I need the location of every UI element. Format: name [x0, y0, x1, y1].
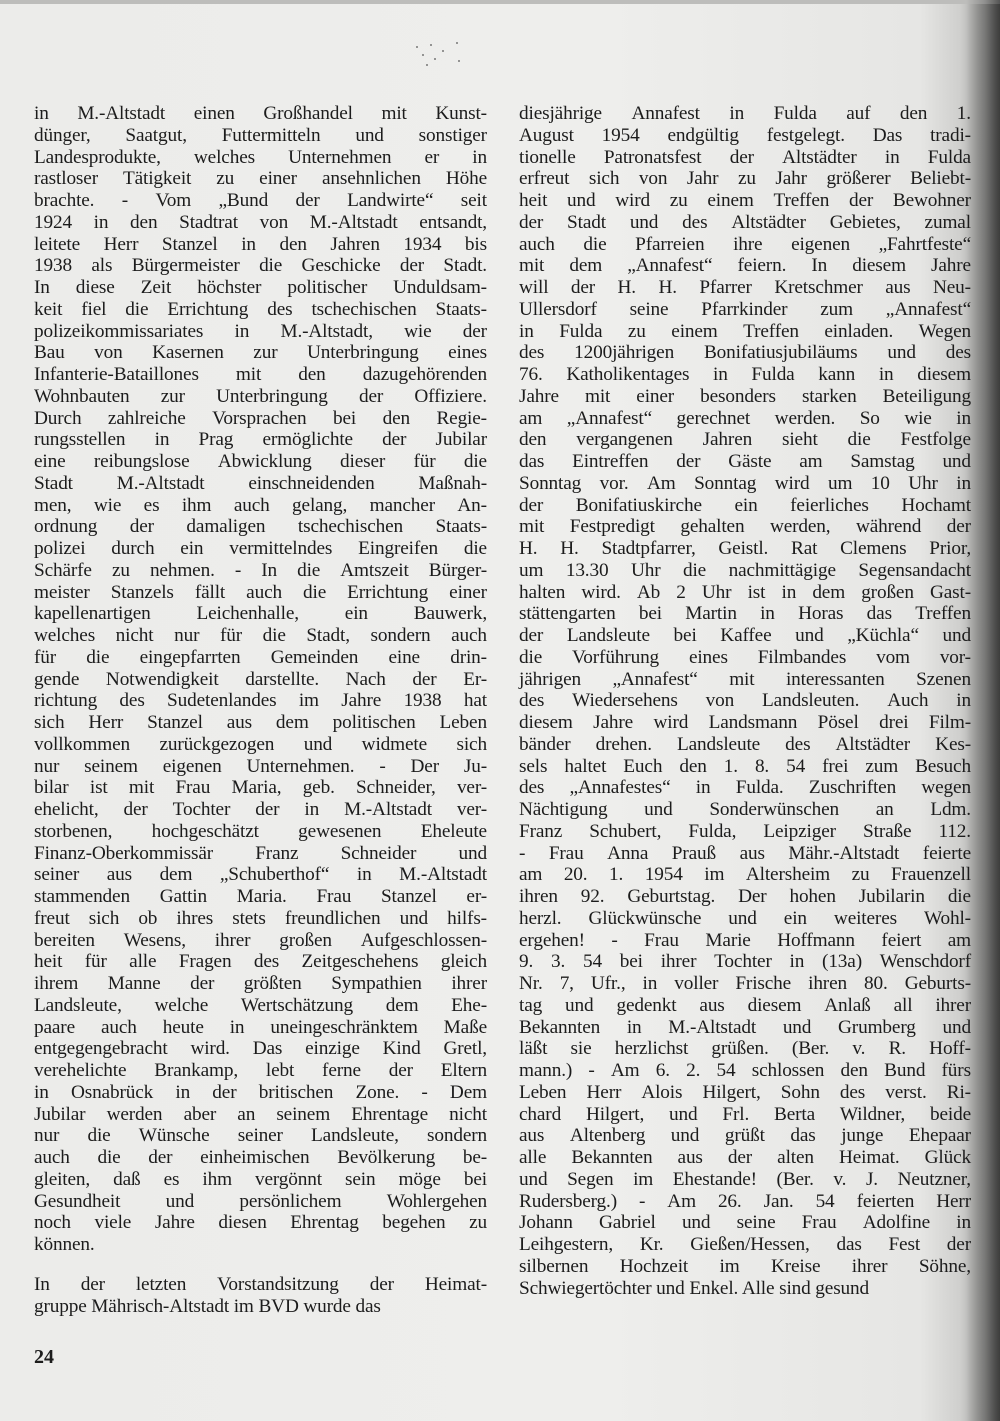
text-line: August1954endgültigfestgelegt.Dastradi- — [519, 125, 971, 147]
text-line: bänderdrehen.LandsleutedesAltstädterKes- — [519, 734, 971, 756]
page-number: 24 — [34, 1346, 54, 1369]
text-line: NächtigungundSonderwünschenanLdm. — [519, 799, 971, 821]
text-line: jährigen„Annafest“mitinteressantenSzenen — [519, 669, 971, 691]
text-line: denvergangenenJahrensiehtdieFestfolge — [519, 429, 971, 451]
text-line: ihren92.Geburtstag.DerhohenJubilarindie — [519, 886, 971, 908]
text-line: desWiedersehensvonLandsleuten.Auchin — [519, 690, 971, 712]
text-line: 1924indenStadtratvonM.-Altstadtentsandt, — [34, 212, 487, 234]
text-line: dasEintreffenderGästeamSamstagund — [519, 451, 971, 473]
text-line: LebenHerrAloisHilgert,Sohndesverst.Ri- — [519, 1082, 971, 1104]
paragraph-gap — [34, 1256, 487, 1274]
paragraph: diesjährigeAnnafestinFuldaaufden1.August… — [519, 103, 971, 1299]
text-line: 1938alsBürgermeisterdieGeschickederStadt… — [34, 255, 487, 277]
text-line: JohannGabrielundseineFrauAdolfinein — [519, 1212, 971, 1234]
text-line: JubilarwerdenaberanseinemEhrentagenicht — [34, 1104, 487, 1126]
text-line: Sonntagvor.AmSonntagwirdum10Uhrin — [519, 473, 971, 495]
text-line: Leihgestern,Kr.Gießen/Hessen,dasFestder — [519, 1234, 971, 1256]
text-line: DurchzahlreicheVorsprachenbeidenRegie- — [34, 408, 487, 430]
text-line: leiteteHerrStanzelindenJahren1934bis — [34, 234, 487, 256]
text-line: ergehen!-FrauMarieHoffmannfeiertam — [519, 930, 971, 952]
text-line: herzl.GlückwünscheundeinweiteresWohl- — [519, 908, 971, 930]
text-line: auchdiedereinheimischenBevölkerungbe- — [34, 1147, 487, 1169]
text-line: BekannteninM.-AltstadtundGrumbergund — [519, 1017, 971, 1039]
right-text-column: diesjährigeAnnafestinFuldaaufden1.August… — [519, 103, 971, 1299]
text-line: H.H.Stadtpfarrer,Geistl.RatClemensPrior, — [519, 538, 971, 560]
text-line: mann.)-Am6.2.54schlossendenBundfürs — [519, 1060, 971, 1082]
text-line: ihremMannedergrößtenSympathienihrer — [34, 973, 487, 995]
text-line: ausAltenbergundgrüßtdasjungeEhepaar — [519, 1125, 971, 1147]
text-line: dieVorführungeinesFilmbandesvomvor- — [519, 647, 971, 669]
text-line: -FrauAnnaPraußausMähr.-Altstadtfeierte — [519, 843, 971, 865]
text-line: willderH.H.PfarrerKretschmerausNeu- — [519, 277, 971, 299]
text-line: Schwiegertöchter und Enkel. Alle sind ge… — [519, 1278, 971, 1300]
text-line: derLandsleutebeiKaffeeund„Küchla“und — [519, 625, 971, 647]
text-line: alleBekanntenausderaltenHeimat.Glück — [519, 1147, 971, 1169]
text-line: gruppe Mährisch-Altstadt im BVD wurde da… — [34, 1296, 487, 1318]
text-line: Nr.7,Ufr.,invollerFrischeihren80.Geburts… — [519, 973, 971, 995]
text-line: Rudersberg.)-Am26.Jan.54feiertenHerr — [519, 1191, 971, 1213]
text-line: inFuldazueinemTreffeneinladen.Wegen — [519, 321, 971, 343]
binding-shadow — [966, 0, 1000, 1421]
paragraph: InderletztenVorstandsitzungderHeimat-gru… — [34, 1274, 487, 1318]
text-line: storbenen,hochgeschätztgewesenenEheleute — [34, 821, 487, 843]
text-line: men,wieesihmauchgelang,mancherAn- — [34, 495, 487, 517]
text-line: tionellePatronatsfestderAltstädterinFuld… — [519, 147, 971, 169]
text-line: paareauchheuteinuneingeschränktemMaße — [34, 1017, 487, 1039]
text-line: tagundgedenktausdiesemAnlaßallihrer — [519, 995, 971, 1017]
text-line: JahremiteinerbesondersstarkenBeteiligung — [519, 386, 971, 408]
text-line: auchdiePfarreienihreeigenen„Fahrtfeste“ — [519, 234, 971, 256]
text-line: keitfieldieErrichtungdestschechischenSta… — [34, 299, 487, 321]
text-line: haltenwird.Ab2UhristindemgroßenGast- — [519, 582, 971, 604]
text-line: diesemJahrewirdLandsmannPöseldreiFilm- — [519, 712, 971, 734]
paragraph: inM.-AltstadteinenGroßhandelmitKunst-dün… — [34, 103, 487, 1256]
text-line: WohnbautenzurUnterbringungderOffiziere. — [34, 386, 487, 408]
text-line: BauvonKasernenzurUnterbringungeines — [34, 342, 487, 364]
text-line: sichHerrStanzelausdempolitischenLeben — [34, 712, 487, 734]
text-line: können. — [34, 1234, 487, 1256]
text-line: am20.1.1954imAltersheimzuFrauenzell — [519, 864, 971, 886]
text-line: des„Annafestes“inFulda.Zuschriftenwegen — [519, 777, 971, 799]
text-line: heitfüralleFragendesZeitgeschehensgleich — [34, 951, 487, 973]
text-line: inOsnabrückinderbritischenZone.-Dem — [34, 1082, 487, 1104]
text-line: ehelicht,derTochterderinM.-Altstadtver- — [34, 799, 487, 821]
text-line: Landesprodukte,welchesUnternehmenerin — [34, 147, 487, 169]
text-line: rungsstelleninPragermöglichtederJubilar — [34, 429, 487, 451]
ink-specks — [412, 40, 472, 75]
text-line: Finanz-OberkommissärFranzSchneiderund — [34, 843, 487, 865]
text-line: gleiten,daßesihmvergönntseinmögebei — [34, 1169, 487, 1191]
text-line: 76.KatholikentagesinFuldakannindiesem — [519, 364, 971, 386]
text-line: verehelichteBrankamp,lebtfernederEltern — [34, 1060, 487, 1082]
text-line: erfreutsichvonJahrzuJahrgrößererBeliebt- — [519, 168, 971, 190]
text-line: StadtM.-AltstadteinschneidendenMaßnah- — [34, 473, 487, 495]
text-line: InderletztenVorstandsitzungderHeimat- — [34, 1274, 487, 1296]
text-line: heitundwirdzueinemTreffenderBewohner — [519, 190, 971, 212]
text-line: nurseinemeigenenUnternehmen.-DerJu- — [34, 756, 487, 778]
text-line: nochvieleJahrediesenEhrentagbegehenzu — [34, 1212, 487, 1234]
text-line: chardHilgert,undFrl.BertaWildner,beide — [519, 1104, 971, 1126]
text-line: bereitenWesens,ihrergroßenAufgeschlossen… — [34, 930, 487, 952]
text-line: polizeidurcheinvermittelndesEingreifendi… — [34, 538, 487, 560]
text-line: GesundheitundpersönlichemWohlergehen — [34, 1191, 487, 1213]
text-line: freutsichobihresstetsfreundlichenundhilf… — [34, 908, 487, 930]
text-line: Infanterie-Bataillonesmitdendazugehörend… — [34, 364, 487, 386]
text-line: entgegengebrachtwird.DaseinzigeKindGretl… — [34, 1038, 487, 1060]
text-line: des1200jährigenBonifatiusjubiläumsunddes — [519, 342, 971, 364]
text-line: um13.30UhrdienachmittägigeSegensandacht — [519, 560, 971, 582]
text-line: selshaltetEuchden1.8.54freizumBesuch — [519, 756, 971, 778]
text-line: silbernenHochzeitimKreiseihrerSöhne, — [519, 1256, 971, 1278]
text-line: derBonifatiuskircheeinfeierlichesHochamt — [519, 495, 971, 517]
text-line: einereibungsloseAbwicklungdieserfürdie — [34, 451, 487, 473]
text-line: UllersdorfseinePfarrkinderzum„Annafest“ — [519, 299, 971, 321]
text-line: kapellenartigenLeichenhalle,einBauwerk, — [34, 603, 487, 625]
text-line: gendeNotwendigkeitdarstellte.NachderEr- — [34, 669, 487, 691]
text-line: seinerausdem„Schuberthof“inM.-Altstadt — [34, 864, 487, 886]
text-line: brachte.-Vom„BundderLandwirte“seit — [34, 190, 487, 212]
text-line: ordnungderdamaligentschechischenStaats- — [34, 516, 487, 538]
scanned-page: inM.-AltstadteinenGroßhandelmitKunst-dün… — [0, 0, 1000, 1421]
text-line: richtungdesSudetenlandesimJahre1938hat — [34, 690, 487, 712]
text-line: mitFestpredigtgehaltenwerden,währendder — [519, 516, 971, 538]
text-line: IndieseZeithöchsterpolitischerUnduldsam- — [34, 277, 487, 299]
text-line: polizeikommissariatesinM.-Altstadt,wiede… — [34, 321, 487, 343]
text-line: FranzSchubert,Fulda,LeipzigerStraße112. — [519, 821, 971, 843]
text-line: rastloserTätigkeitzueineransehnlichenHöh… — [34, 168, 487, 190]
left-text-column: inM.-AltstadteinenGroßhandelmitKunst-dün… — [34, 103, 487, 1317]
text-line: dünger,Saatgut,Futtermittelnundsonstiger — [34, 125, 487, 147]
text-line: stättengartenbeiMartininHorasdasTreffen — [519, 603, 971, 625]
text-line: diesjährigeAnnafestinFuldaaufden1. — [519, 103, 971, 125]
text-line: inM.-AltstadteinenGroßhandelmitKunst- — [34, 103, 487, 125]
text-line: derStadtunddesAltstädterGebietes,zumal — [519, 212, 971, 234]
text-line: am„Annafest“gerechnetwerden.Sowiein — [519, 408, 971, 430]
text-line: welchesnichtnurfürdieStadt,sondernauch — [34, 625, 487, 647]
text-line: Landsleute,welcheWertschätzungdemEhe- — [34, 995, 487, 1017]
text-line: undSegenimEhestande!(Ber.v.J.Neutzner, — [519, 1169, 971, 1191]
text-line: meisterStanzelsfälltauchdieErrichtungein… — [34, 582, 487, 604]
text-line: läßtsieherzlichstgrüßen.(Ber.v.R.Hoff- — [519, 1038, 971, 1060]
text-line: fürdieeingepfarrtenGemeindeneinedrin- — [34, 647, 487, 669]
text-line: stammendenGattinMaria.FrauStanzeler- — [34, 886, 487, 908]
text-line: Schärfezunehmen.-IndieAmtszeitBürger- — [34, 560, 487, 582]
text-line: 9.3.54beiihrerTochterin(13a)Wenschdorf — [519, 951, 971, 973]
text-line: vollkommenzurückgezogenundwidmetesich — [34, 734, 487, 756]
text-line: bilaristmitFrauMaria,geb.Schneider,ver- — [34, 777, 487, 799]
text-line: mitdem„Annafest“feiern.IndiesemJahre — [519, 255, 971, 277]
text-line: nurdieWünscheseinerLandsleute,sondern — [34, 1125, 487, 1147]
page-top-edge — [0, 0, 1000, 4]
